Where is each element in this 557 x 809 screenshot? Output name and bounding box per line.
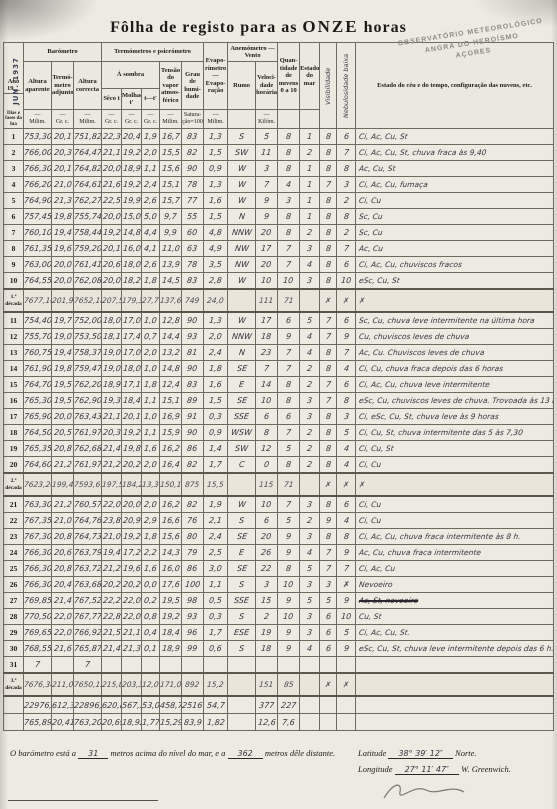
sky-state-cell: eSc, Cu, St — [356, 273, 554, 290]
value-cell: 19,3 — [102, 393, 122, 409]
value-cell: 21,4 — [102, 641, 122, 657]
value-cell: 10 — [278, 609, 300, 625]
value-cell: 0,1 — [142, 641, 160, 657]
value-cell: 763,72 — [74, 561, 102, 577]
handwritten-value: 18,0 — [122, 364, 141, 373]
value-cell: 20,0 — [122, 496, 142, 513]
handwritten-value: 761,97 — [74, 428, 102, 437]
value-cell: 4,4 — [142, 225, 160, 241]
day-cell: 6 — [4, 209, 24, 225]
handwritten-value: 201,9 — [52, 296, 74, 305]
value-cell: 8 — [320, 529, 337, 545]
handwritten-value: Ac, Cu — [359, 244, 384, 253]
value-cell: 764,60 — [24, 457, 52, 474]
handwritten-value: 19,2 — [122, 532, 141, 541]
handwritten-value: 15,9 — [161, 428, 180, 437]
handwritten-value: 21,0 — [102, 532, 121, 541]
value-cell: 3 — [300, 409, 320, 425]
handwritten-value: 8 — [325, 364, 331, 373]
value-cell: 201,9 — [52, 289, 74, 312]
day-cell: 1 — [4, 129, 24, 145]
value-cell: 18 — [256, 641, 278, 657]
handwritten-value: 15,2 — [207, 680, 225, 689]
value-cell: 765,30 — [24, 393, 52, 409]
handwritten-value: 21,5 — [102, 628, 121, 637]
value-cell: 20 — [256, 257, 278, 273]
handwritten-value: 764,73 — [74, 532, 102, 541]
handwritten-value: 14 — [261, 380, 272, 389]
value-cell: 184,2 — [122, 473, 142, 496]
value-cell: 5 — [300, 593, 320, 609]
handwritten-value: 20,0 — [53, 260, 72, 269]
value-cell: 761,97 — [74, 457, 102, 474]
handwritten-value: 8 — [286, 396, 292, 405]
handwritten-value: 1 — [307, 132, 313, 141]
handwritten-value: SE — [236, 364, 247, 373]
value-cell: 16,0 — [122, 241, 142, 257]
value-cell: 0,4 — [142, 625, 160, 641]
value-cell: 86 — [182, 561, 204, 577]
value-cell: 754,40 — [24, 312, 52, 329]
day-cell: 3.ª década — [4, 673, 24, 696]
value-cell: 7 — [320, 545, 337, 561]
value-cell: 2,4 — [142, 177, 160, 193]
value-cell: 21,5 — [102, 625, 122, 641]
handwritten-value: 19,8 — [53, 364, 72, 373]
handwritten-value: 3 — [307, 612, 313, 621]
value-cell: 7623,20 — [24, 473, 52, 496]
value-cell: 16,4 — [160, 457, 182, 474]
thermometers-group-header: Termómetros e psicrómetro — [102, 43, 204, 62]
value-cell: 8 — [278, 161, 300, 177]
handwritten-value: 761,41 — [74, 260, 102, 269]
handwritten-value: 5 — [343, 628, 349, 637]
sea-state-header: Estado do mar — [300, 43, 320, 110]
value-cell: 6 — [337, 377, 356, 393]
value-cell: 17,2 — [122, 545, 142, 561]
handwritten-value: 8 — [343, 396, 349, 405]
handwritten-value: 0,1 — [144, 644, 158, 653]
value-cell: 765,35 — [24, 441, 52, 457]
value-cell: SE — [228, 529, 256, 545]
value-cell: 21,6 — [52, 641, 74, 657]
sky-state-cell: Ac, Cu, chuva fraca intermitente — [356, 545, 554, 561]
value-cell: 3,5 — [204, 257, 228, 273]
table-row: 17765,9020,0763,4321,120,11,016,9910,3SS… — [4, 409, 554, 425]
handwritten-value: 753,50 — [74, 332, 102, 341]
value-cell: 22,0 — [52, 609, 74, 625]
handwritten-value: 19,0 — [102, 348, 121, 357]
handwritten-value: 19,2 — [102, 228, 121, 237]
value-cell: 1,6 — [204, 377, 228, 393]
totals-row: 765,8920,41763,2020,6918,921,7715,2983,9… — [4, 714, 554, 731]
value-cell: SE — [228, 393, 256, 409]
value-cell: 11 — [256, 145, 278, 161]
unit-milim: — Milim. — [204, 110, 228, 129]
value-cell: 2,8 — [204, 273, 228, 290]
value-cell: 763,68 — [74, 577, 102, 593]
value-cell: 19,2 — [160, 609, 182, 625]
handwritten-value: 20,0 — [102, 164, 121, 173]
table-row: 1753,3020,1751,8222,320,41,916,7831,3S58… — [4, 129, 554, 145]
value-cell: 3 — [300, 273, 320, 290]
value-cell: 10 — [337, 273, 356, 290]
handwritten-value: 1,82 — [206, 718, 225, 727]
handwritten-value: 767,52 — [74, 596, 102, 605]
handwritten-value: 2,0 — [144, 460, 158, 469]
handwritten-value: 765,35 — [24, 444, 52, 453]
value-cell: 207,5 — [102, 289, 122, 312]
handwritten-value: 12,4 — [161, 380, 180, 389]
day-cell: 20 — [4, 457, 24, 474]
handwritten-value: 10 — [261, 396, 272, 405]
handwritten-value: 1,1 — [144, 428, 158, 437]
day-cell: 31 — [4, 657, 24, 674]
handwritten-value: 15,7 — [161, 196, 180, 205]
handwritten-value: W — [237, 180, 246, 189]
handwritten-value: Sc, Cu, chuva leve intermitente na últim… — [359, 316, 536, 325]
value-cell: 14,5 — [160, 273, 182, 290]
handwritten-value: 19,4 — [102, 548, 121, 557]
value-cell: 20,1 — [52, 161, 74, 177]
value-cell: 2 — [300, 457, 320, 474]
handwritten-value: 5 — [286, 516, 292, 525]
handwritten-value: 1,3 — [209, 316, 223, 325]
handwritten-value: 7 — [325, 396, 331, 405]
handwritten-value: 3 — [307, 412, 313, 421]
longitude-label: Longitude — [358, 764, 392, 774]
value-cell: 1,5 — [204, 209, 228, 225]
table-row: 4766,2021,0764,6121,619,22,415,1781,3W74… — [4, 177, 554, 193]
totals-row: 22976,60612,322896,00620,8567,553,0458,7… — [4, 696, 554, 714]
handwritten-value: 766,30 — [24, 564, 52, 573]
handwritten-value: 20,8 — [53, 444, 72, 453]
handwritten-value: 22,5 — [102, 196, 121, 205]
value-cell: 19,5 — [52, 393, 74, 409]
value-cell: 5 — [320, 593, 337, 609]
handwritten-value: 22,0 — [102, 500, 121, 509]
value-cell — [102, 657, 122, 674]
decade-summary-row: 3.ª década7676,30211,07650,13215,8203,31… — [4, 673, 554, 696]
value-cell: 80 — [182, 529, 204, 545]
handwritten-value: 15,1 — [161, 396, 180, 405]
value-cell: 7652,18 — [74, 289, 102, 312]
day-column-header: Ano 19__ JUN. 1937 Dias e fases da lua — [4, 43, 24, 129]
handwritten-value: ✗ — [342, 580, 350, 589]
handwritten-value: 19,9 — [122, 196, 141, 205]
value-cell: 769,85 — [24, 593, 52, 609]
value-cell: SSE — [228, 593, 256, 609]
value-cell: 2 — [337, 193, 356, 209]
value-cell: 16,7 — [160, 129, 182, 145]
handwritten-value: 6 — [325, 628, 331, 637]
value-cell: 20,9 — [122, 513, 142, 529]
handwritten-value: 8 — [325, 228, 331, 237]
handwritten-value: 567,5 — [122, 701, 142, 710]
value-cell: NNW — [228, 225, 256, 241]
handwritten-value: 150,1 — [160, 480, 182, 489]
value-cell: 13,3 — [142, 473, 160, 496]
handwritten-value: 875 — [185, 480, 200, 489]
value-cell: 7 — [256, 361, 278, 377]
table-row: 12755,7019,0753,5018,117,40,714,4932,0NN… — [4, 329, 554, 345]
handwritten-value: 8 — [343, 212, 349, 221]
value-cell: 8 — [320, 425, 337, 441]
handwritten-value: 1,0 — [144, 316, 158, 325]
value-cell: 90 — [182, 312, 204, 329]
handwritten-value: 7 — [84, 660, 90, 669]
handwritten-value: 90 — [187, 164, 198, 173]
value-cell: 15,6 — [160, 529, 182, 545]
table-row: 16765,3019,5762,9019,318,41,115,1891,5SE… — [4, 393, 554, 409]
handwritten-value: 764,82 — [74, 164, 102, 173]
value-cell: 8 — [337, 393, 356, 409]
handwritten-value: 763,30 — [24, 500, 52, 509]
value-cell: 19,2 — [122, 145, 142, 161]
handwritten-value: 21,1 — [122, 628, 141, 637]
value-cell: 98 — [182, 593, 204, 609]
handwritten-value: 2,4 — [144, 180, 158, 189]
value-cell: 21,3 — [52, 193, 74, 209]
handwritten-value: 8 — [286, 132, 292, 141]
value-cell: 4,8 — [204, 225, 228, 241]
sky-state-cell: Ci, Ac, Cu, chuviscos fracos — [356, 257, 554, 273]
handwritten-value: 54,7 — [206, 701, 225, 710]
value-cell: 7 — [320, 177, 337, 193]
handwritten-value: 22 — [261, 564, 272, 573]
handwritten-value: Ci, Cu, St — [359, 444, 395, 453]
value-cell: 6 — [278, 409, 300, 425]
value-cell: 749 — [182, 289, 204, 312]
handwritten-value: 76 — [187, 516, 198, 525]
value-cell: 6 — [256, 513, 278, 529]
value-cell — [278, 657, 300, 674]
handwritten-value: 17 — [261, 244, 272, 253]
handwritten-value: 764,70 — [24, 380, 52, 389]
handwritten-value: 10 — [283, 580, 294, 589]
handwritten-value: 1,0 — [144, 412, 158, 421]
table-row: 13760,7519,4758,3719,017,02,013,2812,4N2… — [4, 345, 554, 361]
handwritten-value: 1,9 — [209, 500, 223, 509]
sky-state-cell — [356, 696, 554, 714]
handwritten-value: 14,3 — [161, 548, 180, 557]
sky-state-cell: eSc, Cu, St, chuva leve intermitente dep… — [356, 641, 554, 657]
value-cell: 17,4 — [122, 329, 142, 345]
handwritten-value: 21,0 — [53, 180, 72, 189]
value-cell: 765,89 — [24, 714, 52, 731]
value-cell: 14,4 — [160, 329, 182, 345]
value-cell: 458,7 — [160, 696, 182, 714]
day-cell: 24 — [4, 545, 24, 561]
handwritten-value: 7 — [264, 180, 270, 189]
handwritten-value: W — [237, 164, 246, 173]
handwritten-value: 762,27 — [74, 196, 102, 205]
handwritten-value: 7676,30 — [24, 680, 52, 689]
handwritten-value: 16,7 — [161, 132, 180, 141]
value-cell: NW — [228, 257, 256, 273]
handwritten-value: 18 — [261, 644, 272, 653]
handwritten-value: 4 — [286, 180, 292, 189]
value-cell: 19,0 — [102, 345, 122, 361]
value-cell: 0 — [256, 457, 278, 474]
handwritten-value: 83,9 — [183, 718, 202, 727]
handwritten-value: 6 — [286, 316, 292, 325]
value-cell: 5 — [278, 513, 300, 529]
value-cell: 1,8 — [142, 529, 160, 545]
handwritten-value: 86 — [187, 564, 198, 573]
value-cell: 19,4 — [52, 225, 74, 241]
value-cell: 1,8 — [142, 273, 160, 290]
handwritten-value: 766,30 — [24, 548, 52, 557]
cloud-amount-header: Quan­tidade de nuvens 0 a 10 — [278, 43, 300, 110]
value-cell: 5 — [278, 441, 300, 457]
value-cell: 377 — [256, 696, 278, 714]
value-cell: 0,8 — [142, 609, 160, 625]
value-cell: E — [228, 377, 256, 393]
value-cell: 16,9 — [160, 409, 182, 425]
value-cell: 7 — [256, 177, 278, 193]
handwritten-value: S — [239, 612, 245, 621]
value-cell: 10 — [256, 496, 278, 513]
handwritten-value: Sc, Cu — [359, 228, 384, 237]
value-cell: 766,30 — [24, 561, 52, 577]
value-cell: 4,9 — [204, 241, 228, 257]
unit-saturation: Satura- ção=100 — [182, 110, 204, 129]
value-cell: 21,4 — [102, 441, 122, 457]
handwritten-value: 767,77 — [74, 612, 102, 621]
value-cell: 1 — [300, 177, 320, 193]
value-cell: 764,90 — [24, 193, 52, 209]
handwritten-value: 19,4 — [53, 228, 72, 237]
handwritten-value: 0,3 — [209, 412, 223, 421]
value-cell: 766,30 — [24, 161, 52, 177]
handwritten-value: 6 — [343, 316, 349, 325]
handwritten-value: 7 — [343, 244, 349, 253]
handwritten-value: SE — [236, 396, 247, 405]
value-cell: 8 — [256, 425, 278, 441]
handwritten-value: 1,1 — [144, 396, 158, 405]
decade-summary-row: 1.ª década7677,10201,97652,18207,5179,32… — [4, 289, 554, 312]
value-cell: 8 — [278, 225, 300, 241]
value-cell: 3 — [256, 161, 278, 177]
handwritten-value: 7 — [325, 564, 331, 573]
value-cell: 21,0 — [52, 177, 74, 193]
value-cell: 20,0 — [52, 273, 74, 290]
handwritten-value: 8 — [343, 532, 349, 541]
value-cell: 22 — [256, 561, 278, 577]
handwritten-value: 82 — [187, 500, 198, 509]
value-cell: 763,43 — [74, 409, 102, 425]
day-cell — [4, 714, 24, 731]
value-cell: 10 — [256, 273, 278, 290]
handwritten-value: 754,40 — [24, 316, 52, 325]
handwritten-value: 0,8 — [144, 612, 158, 621]
handwritten-value: 15,5 — [207, 480, 225, 489]
handwritten-value: 8 — [325, 244, 331, 253]
handwritten-value: 12,0 — [142, 680, 160, 689]
handwritten-value: W — [237, 500, 246, 509]
handwritten-value: ✗ — [324, 480, 331, 489]
handwritten-value: 755,70 — [24, 332, 52, 341]
day-cell: 23 — [4, 529, 24, 545]
value-cell: 83,9 — [182, 714, 204, 731]
handwritten-value: 2516 — [182, 701, 203, 710]
handwritten-value: 2 — [307, 516, 313, 525]
value-cell: 766,00 — [24, 145, 52, 161]
handwritten-value: 762,20 — [74, 380, 102, 389]
value-cell: 763,30 — [24, 496, 52, 513]
value-cell: 19,2 — [102, 225, 122, 241]
value-cell: 19,2 — [122, 529, 142, 545]
handwritten-value: Ci, Ac, Cu, St — [359, 132, 409, 141]
value-cell: 111 — [256, 289, 278, 312]
value-cell: 12,8 — [160, 312, 182, 329]
handwritten-value: 17,4 — [122, 332, 141, 341]
value-cell: 766,20 — [24, 177, 52, 193]
value-cell: 14 — [256, 377, 278, 393]
handwritten-value: eSc, Cu, St, chuva leve intermitente dep… — [359, 644, 554, 653]
table-row: 18764,5020,5761,9720,319,21,115,9900,9WS… — [4, 425, 554, 441]
value-cell: 1,9 — [142, 129, 160, 145]
value-cell: 19,7 — [52, 312, 74, 329]
handwritten-value: 3 — [343, 412, 349, 421]
value-cell: 10 — [337, 609, 356, 625]
handwritten-value: 13,2 — [161, 348, 180, 357]
handwritten-value: W — [237, 276, 246, 285]
handwritten-value: 18,4 — [122, 396, 141, 405]
value-cell: S — [228, 513, 256, 529]
handwritten-value: 17 — [261, 316, 272, 325]
handwritten-value: Ci, Cu, St, chuva intermitente das 5 às … — [359, 428, 524, 437]
handwritten-value: 19 — [261, 628, 272, 637]
table-row: 3766,3020,1764,8220,018,91,115,6900,9W38… — [4, 161, 554, 177]
value-cell: 2 — [300, 225, 320, 241]
value-cell: 76 — [182, 513, 204, 529]
value-cell: 14,8 — [160, 361, 182, 377]
value-cell: 20,8 — [52, 529, 74, 545]
value-cell: 6 — [337, 312, 356, 329]
footer: O barómetro está a 31 metros acima do ní… — [10, 745, 551, 777]
handwritten-value: 7650,13 — [74, 680, 102, 689]
handwritten-value: 22,0 — [53, 628, 72, 637]
value-cell — [160, 657, 182, 674]
handwritten-value: SW — [235, 444, 249, 453]
handwritten-value: 19,5 — [53, 380, 72, 389]
value-cell: 2,2 — [142, 545, 160, 561]
handwritten-value: 98 — [187, 596, 198, 605]
value-cell: 7650,13 — [74, 673, 102, 696]
handwritten-value: 16,0 — [122, 244, 141, 253]
handwritten-value: 93 — [187, 612, 198, 621]
handwritten-value: 20,0 — [53, 412, 72, 421]
value-cell: 9 — [278, 641, 300, 657]
handwritten-value: 22,0 — [53, 612, 72, 621]
handwritten-value: 22,0 — [122, 612, 141, 621]
handwritten-value: 2 — [307, 444, 313, 453]
handwritten-value: 20,2 — [122, 460, 141, 469]
handwritten-value: 768,55 — [24, 644, 52, 653]
unit-blank — [278, 110, 300, 129]
sky-state-cell: eSc, Cu, chuviscos leves de chuva. Trovo… — [356, 393, 554, 409]
handwritten-value: 8 — [286, 164, 292, 173]
handwritten-value: 4 — [307, 348, 313, 357]
value-cell: 8 — [320, 161, 337, 177]
day-cell: 22 — [4, 513, 24, 529]
handwritten-value: 20,2 — [102, 580, 121, 589]
handwritten-value: 2,6 — [144, 196, 158, 205]
value-cell — [52, 657, 74, 674]
handwritten-value: 78 — [187, 260, 198, 269]
